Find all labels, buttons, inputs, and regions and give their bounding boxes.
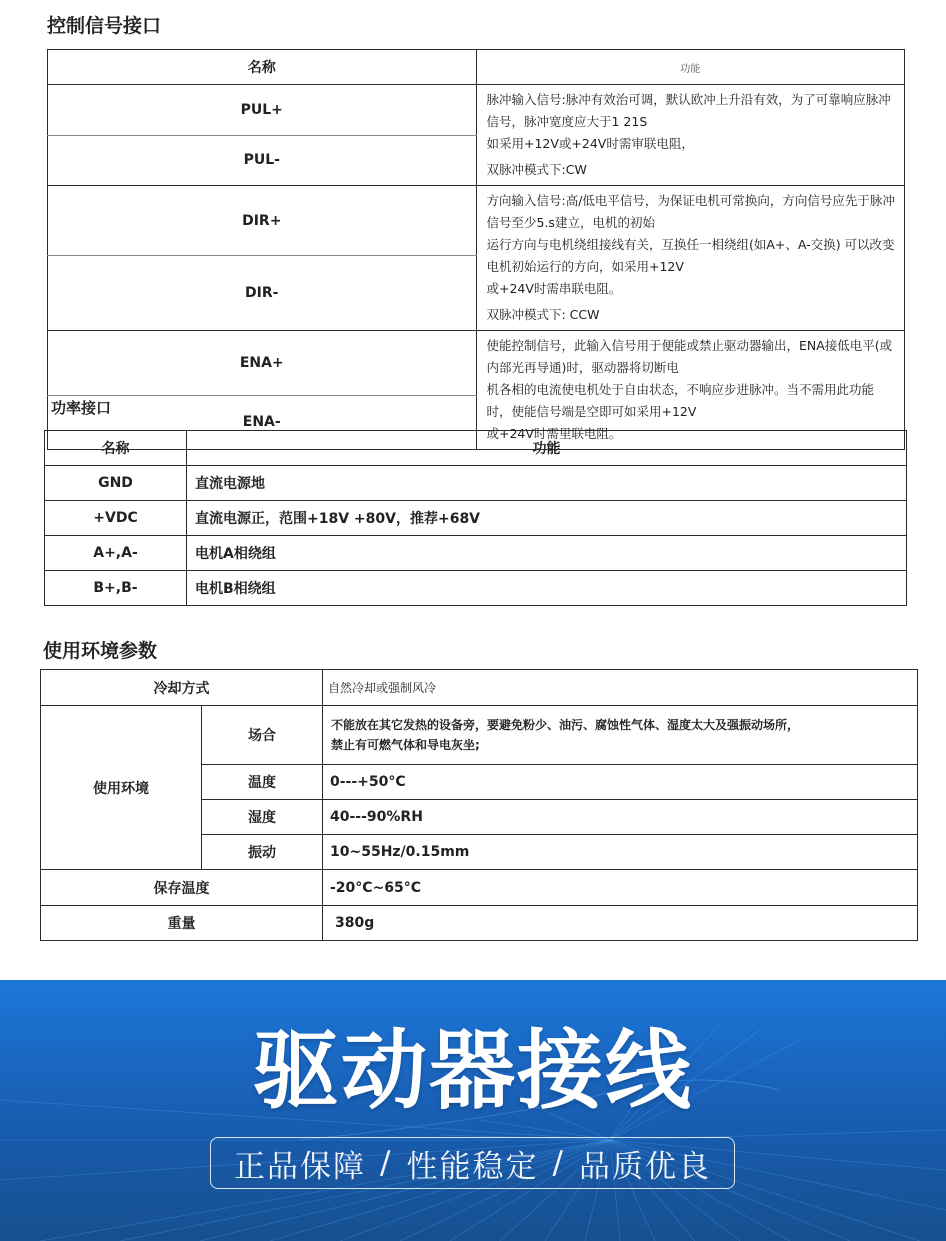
tag-genuine: 正品保障 — [234, 1141, 366, 1186]
table-row: DIR+ 方向输入信号:高/低电平信号，为保证电机可常换向，方向信号应先于脉冲信… — [48, 186, 905, 256]
terminal-function: 直流电源正，范围+18V +80V，推荐+68V — [187, 501, 907, 536]
tag-performance: 性能稳定 — [407, 1141, 539, 1186]
header-name: 名称 — [45, 431, 187, 466]
terminal-function: 电机B相绕组 — [187, 571, 907, 606]
param-label: 湿度 — [202, 800, 323, 835]
header-name: 名称 — [48, 50, 477, 85]
table-header-row: 名称 功能 — [45, 431, 907, 466]
table-header-row: 名称 功能 — [48, 50, 905, 85]
terminal-name: B+,B- — [45, 571, 187, 606]
power-interface-title: 功率接口 — [51, 397, 111, 418]
banner-tagline: 正品保障 / 性能稳定 / 品质优良 — [210, 1137, 735, 1189]
wiring-banner: 驱动器接线 正品保障 / 性能稳定 / 品质优良 — [0, 980, 946, 1241]
table-row: GND 直流电源地 — [45, 466, 907, 501]
environment-table: 冷却方式 自然冷却或强制风冷 使用环境 场合 不能放在其它发热的设备旁，要避免粉… — [40, 669, 918, 941]
function-line: 运行方向与电机绕组接线有关，互换任一相绕组(如A+、A-交换) 可以改变电机初始… — [487, 234, 896, 278]
param-value: 380g — [323, 906, 918, 941]
param-value-line: 不能放在其它发热的设备旁，要避免粉少、油污、腐蚀性气体、湿度太大及强振动场所， — [331, 715, 909, 735]
environment-title: 使用环境参数 — [43, 636, 157, 663]
banner-title: 驱动器接线 — [0, 1016, 946, 1126]
terminal-name: GND — [45, 466, 187, 501]
control-signal-title: 控制信号接口 — [47, 11, 161, 38]
param-label: 重量 — [41, 906, 323, 941]
header-function: 功能 — [476, 50, 905, 85]
function-line: 机各相的电流使电机处于自由状态，不响应步进脉冲。当不需用此功能时，使能信号端是空… — [487, 379, 896, 423]
power-interface-table: 名称 功能 GND 直流电源地 +VDC 直流电源正，范围+18V +80V，推… — [44, 430, 907, 606]
pin-name: ENA+ — [48, 331, 477, 396]
table-row: B+,B- 电机B相绕组 — [45, 571, 907, 606]
pin-name: DIR- — [48, 256, 477, 331]
tag-separator: / — [380, 1145, 392, 1181]
function-line: 如采用+12V或+24V时需审联电阻， — [487, 133, 896, 155]
param-value: 0---+50°C — [323, 765, 918, 800]
pin-function: 脉冲输入信号:脉冲有效治可调，默认欧冲上升沿有效，为了可靠响应脉冲信号，脉冲宽度… — [476, 85, 905, 186]
table-row: 保存温度 -20°C~65°C — [41, 870, 918, 906]
function-line: 使能控制信号，此输入信号用于便能或禁止驱动器输出，ENA接低电平(或内部光再导通… — [487, 335, 896, 379]
table-row: 使用环境 场合 不能放在其它发热的设备旁，要避免粉少、油污、腐蚀性气体、湿度太大… — [41, 706, 918, 765]
terminal-function: 直流电源地 — [187, 466, 907, 501]
table-row: PUL+ 脉冲输入信号:脉冲有效治可调，默认欧冲上升沿有效，为了可靠响应脉冲信号… — [48, 85, 905, 136]
param-value: 10~55Hz/0.15mm — [323, 835, 918, 870]
param-value: -20°C~65°C — [323, 870, 918, 906]
table-row: 冷却方式 自然冷却或强制风冷 — [41, 670, 918, 706]
terminal-name: +VDC — [45, 501, 187, 536]
param-value: 40---90%RH — [323, 800, 918, 835]
param-group-label: 使用环境 — [41, 706, 202, 870]
tag-separator: / — [553, 1145, 565, 1181]
table-row: A+,A- 电机A相绕组 — [45, 536, 907, 571]
param-label: 保存温度 — [41, 870, 323, 906]
param-value-line: 禁止有可燃气体和导电灰坐; — [331, 735, 909, 755]
pin-name: DIR+ — [48, 186, 477, 256]
param-label: 场合 — [202, 706, 323, 765]
terminal-function: 电机A相绕组 — [187, 536, 907, 571]
terminal-name: A+,A- — [45, 536, 187, 571]
header-function: 功能 — [187, 431, 907, 466]
function-line: 或+24V时需串联电阻。 — [487, 278, 896, 300]
param-label: 振动 — [202, 835, 323, 870]
pin-name: PUL+ — [48, 85, 477, 136]
param-value: 自然冷却或强制风冷 — [323, 670, 918, 706]
table-row: +VDC 直流电源正，范围+18V +80V，推荐+68V — [45, 501, 907, 536]
function-mode: 双脉冲模式下:CW — [487, 159, 896, 181]
table-row: 重量 380g — [41, 906, 918, 941]
function-line: 方向输入信号:高/低电平信号，为保证电机可常换向，方向信号应先于脉冲信号至少5.… — [487, 190, 896, 234]
pin-name: PUL- — [48, 135, 477, 186]
param-label: 冷却方式 — [41, 670, 323, 706]
control-signal-table: 名称 功能 PUL+ 脉冲输入信号:脉冲有效治可调，默认欧冲上升沿有效，为了可靠… — [47, 49, 905, 450]
table-row: ENA+ 使能控制信号，此输入信号用于便能或禁止驱动器输出，ENA接低电平(或内… — [48, 331, 905, 396]
tag-quality: 品质优良 — [579, 1141, 711, 1186]
function-line: 脉冲输入信号:脉冲有效治可调，默认欧冲上升沿有效，为了可靠响应脉冲信号，脉冲宽度… — [487, 89, 896, 133]
param-value: 不能放在其它发热的设备旁，要避免粉少、油污、腐蚀性气体、湿度太大及强振动场所， … — [323, 706, 918, 765]
param-label: 温度 — [202, 765, 323, 800]
pin-function: 方向输入信号:高/低电平信号，为保证电机可常换向，方向信号应先于脉冲信号至少5.… — [476, 186, 905, 331]
function-mode: 双脉冲模式下: CCW — [487, 304, 896, 326]
